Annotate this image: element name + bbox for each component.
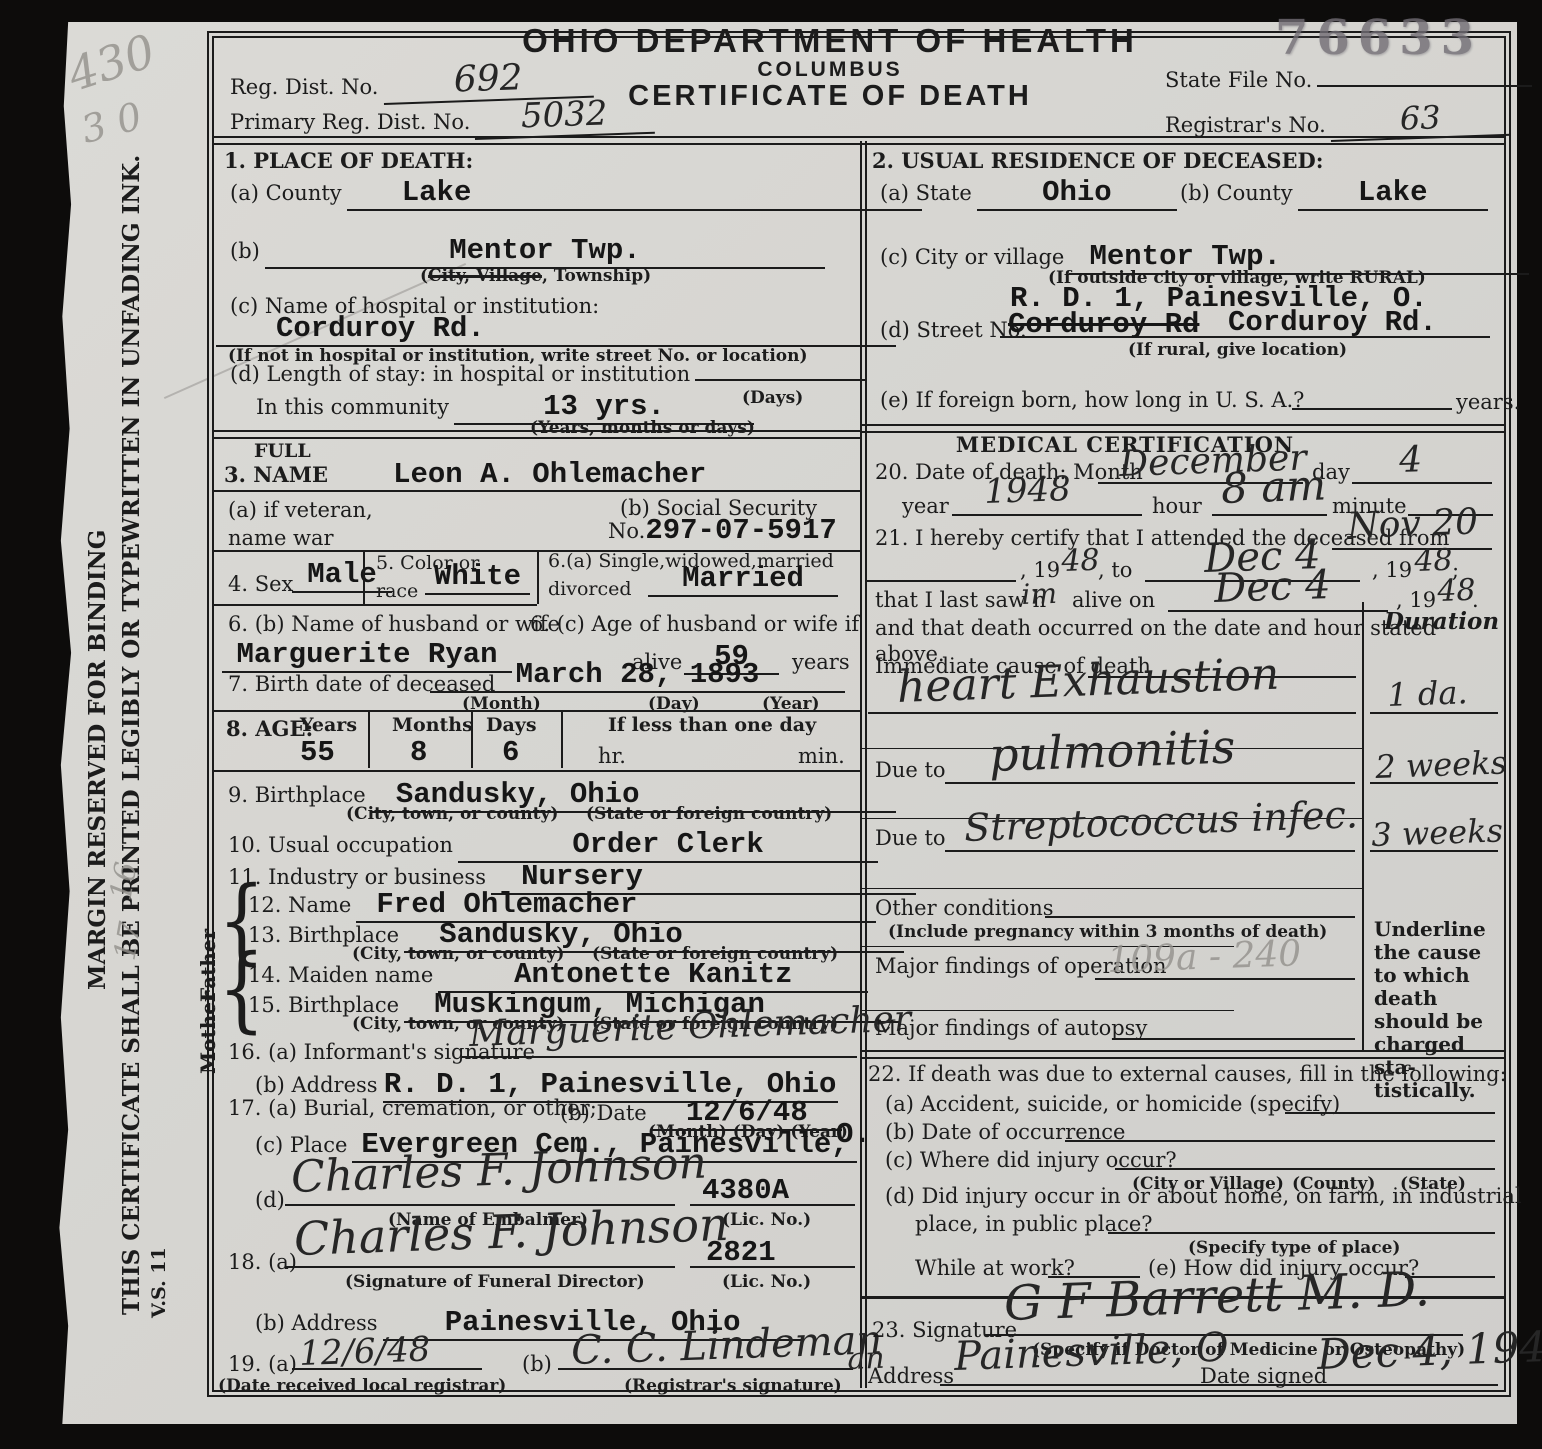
rule bbox=[940, 1384, 1498, 1386]
marital-label2: divorced bbox=[548, 578, 632, 600]
place-b-label: (b) bbox=[230, 239, 260, 263]
age-min-label: min. bbox=[798, 744, 845, 768]
hospital-value: Corduroy Rd. bbox=[216, 312, 896, 347]
rule bbox=[945, 782, 1355, 784]
rule bbox=[945, 850, 1355, 852]
rule bbox=[862, 888, 1362, 889]
rule bbox=[285, 1266, 675, 1268]
physician-address-value: Painesville, O bbox=[953, 1324, 1229, 1380]
occupation-value: Order Clerk bbox=[458, 828, 878, 863]
age-hr-label: hr. bbox=[598, 744, 626, 768]
rule bbox=[212, 770, 860, 772]
rule bbox=[866, 580, 1016, 582]
caption-rest: , Township) bbox=[542, 266, 651, 286]
rule bbox=[462, 1056, 857, 1058]
mother-side-label: Mother bbox=[196, 954, 220, 1074]
rule bbox=[471, 710, 473, 768]
place-township-row: (b) Mentor Twp. bbox=[230, 234, 825, 269]
birthdate-wrap: March 28, 1893 bbox=[430, 658, 845, 693]
rule bbox=[952, 514, 1142, 516]
rule bbox=[212, 604, 537, 606]
foreign-born-label: (e) If foreign born, how long in U. S. A… bbox=[880, 388, 1304, 412]
race-value: White bbox=[425, 560, 530, 595]
rule bbox=[1332, 548, 1492, 550]
community-label: In this community bbox=[256, 395, 449, 419]
residence-county-label: (b) County bbox=[1180, 181, 1293, 205]
mother-name-label: 14. Maiden name bbox=[248, 963, 433, 987]
embalmer-d-label: (d) bbox=[255, 1188, 285, 1212]
funeral-director-license-caption: (Lic. No.) bbox=[722, 1272, 811, 1292]
pencil-mark: 16 bbox=[104, 859, 145, 903]
state-file-row: State File No. bbox=[1165, 68, 1532, 92]
rule bbox=[862, 1010, 1234, 1011]
section1-heading: 1. PLACE OF DEATH: bbox=[224, 148, 473, 173]
primary-reg-dist-label: Primary Reg. Dist. No. bbox=[230, 110, 470, 134]
death-hour-label: hour bbox=[1152, 494, 1202, 518]
spouse-age-label: 6. (c) Age of husband or wife if bbox=[530, 612, 859, 636]
rule bbox=[1212, 514, 1327, 516]
margin-vs-number: V.S. 11 bbox=[148, 1228, 170, 1318]
rule bbox=[868, 712, 1356, 714]
last-saw-value: Dec 4 bbox=[1213, 562, 1331, 612]
residence-state-value: Ohio bbox=[977, 176, 1177, 211]
informant-address-label: (b) Address bbox=[255, 1073, 378, 1097]
street-label: (d) Street No. bbox=[880, 318, 1027, 342]
ssn-value: 297-07-5917 bbox=[645, 514, 836, 547]
injury-place-caption: (Specify type of place) bbox=[1188, 1238, 1400, 1258]
death-year-value: 1948 bbox=[984, 469, 1072, 512]
state-file-label: State File No. bbox=[1165, 68, 1312, 92]
alive-on-label: alive on bbox=[1072, 588, 1155, 612]
received-date-value: 12/6/48 bbox=[299, 1329, 431, 1374]
rule bbox=[1115, 1168, 1495, 1170]
age-col-less: If less than one day bbox=[608, 714, 816, 736]
duration-divider bbox=[1362, 602, 1364, 1052]
occupation-row: 10. Usual occupation Order Clerk bbox=[228, 828, 878, 863]
funeral-director-label: 18. (a) bbox=[228, 1250, 297, 1274]
burial-place-overflow: O. bbox=[836, 1118, 871, 1151]
due2-label: Due to bbox=[875, 826, 946, 850]
ssn-row: No.297-07-5917 bbox=[608, 514, 837, 547]
rule bbox=[363, 552, 365, 604]
age-months-value: 8 bbox=[410, 736, 427, 769]
other-conditions-label: Other conditions bbox=[875, 896, 1054, 920]
rule bbox=[1285, 1112, 1495, 1114]
rule bbox=[1045, 916, 1355, 918]
injury-home-label1: (d) Did injury occur in or about home, o… bbox=[885, 1184, 1522, 1208]
birthdate-value: March 28, 1893 bbox=[430, 658, 845, 693]
autopsy-label: Major findings of autopsy bbox=[875, 1016, 1147, 1040]
race-label2: race bbox=[376, 580, 418, 602]
death-year-label: year bbox=[902, 494, 949, 518]
spouse-label: 6. (b) Name of husband or wife bbox=[228, 612, 560, 636]
death-day-value: 4 bbox=[1399, 439, 1423, 481]
reg-dist-label: Reg. Dist. No. bbox=[230, 75, 378, 99]
rule bbox=[1108, 1232, 1495, 1234]
registrar-sig-caption: (Registrar's signature) bbox=[624, 1376, 842, 1396]
caption-struck: City, Village bbox=[428, 266, 542, 286]
received-caption: (Date received local registrar) bbox=[218, 1376, 506, 1396]
residence-county-value: Lake bbox=[1298, 176, 1488, 211]
residence-county-row: (b) County Lake bbox=[1180, 176, 1488, 211]
residence-state-row: (a) State Ohio bbox=[880, 176, 1177, 211]
age-col-months: Months bbox=[392, 714, 473, 736]
marital-value: Married bbox=[648, 562, 838, 597]
immediate-cause-duration: 1 da. bbox=[1387, 673, 1469, 714]
birthplace-caption1: (City, town, or county) bbox=[346, 804, 558, 824]
ssn-no-label: No. bbox=[608, 519, 645, 543]
department-title: OHIO DEPARTMENT OF HEALTH bbox=[400, 22, 1260, 60]
veteran-label: (a) if veteran, bbox=[228, 498, 373, 522]
burial-date-label: (b) Date bbox=[560, 1101, 647, 1125]
stay-row: (d) Length of stay: in hospital or insti… bbox=[230, 362, 865, 386]
name-label: 3. NAME bbox=[224, 462, 328, 487]
burial-label: 17. (a) Burial, cremation, or other; bbox=[228, 1096, 597, 1120]
pencil-mark: 17 bbox=[108, 919, 149, 963]
age-days-value: 6 bbox=[502, 736, 519, 769]
registrar-no-label: Registrar's No. bbox=[1165, 113, 1326, 137]
place-township-value: Mentor Twp. bbox=[265, 234, 825, 269]
due2-duration: 3 weeks bbox=[1371, 811, 1504, 854]
medical-divider bbox=[862, 1050, 1505, 1059]
name-war-label: name war bbox=[228, 526, 334, 550]
external-causes-heading: 22. If death was due to external causes,… bbox=[868, 1062, 1507, 1086]
rule bbox=[1065, 1140, 1495, 1142]
to-label: , to bbox=[1098, 558, 1132, 582]
place-county-row: (a) County Lake bbox=[230, 176, 922, 211]
rule bbox=[212, 490, 860, 492]
age-col-days: Days bbox=[486, 714, 537, 736]
residence-state-label: (a) State bbox=[880, 181, 972, 205]
marital-value-wrap: Married bbox=[648, 562, 838, 597]
age-years-value: 55 bbox=[300, 736, 335, 769]
occupation-label: 10. Usual occupation bbox=[228, 833, 453, 857]
margin-binding-note: MARGIN RESERVED FOR BINDING bbox=[84, 430, 111, 990]
funeral-director-caption: (Signature of Funeral Director) bbox=[345, 1272, 645, 1292]
foreign-born-suffix: years. bbox=[1456, 390, 1520, 414]
hospital-row: Corduroy Rd. bbox=[216, 312, 896, 347]
caption-open: ( bbox=[420, 266, 428, 286]
operation-value: 109a - 240 bbox=[1107, 933, 1302, 981]
section2-heading: 2. USUAL RESIDENCE OF DECEASED: bbox=[872, 148, 1324, 173]
industry-label: 11. Industry or business bbox=[228, 865, 486, 889]
funeral-director-license: 2821 bbox=[706, 1236, 776, 1269]
header-divider bbox=[212, 136, 1504, 145]
due1-value: pulmonitis bbox=[988, 719, 1236, 782]
embalmer-license-caption: (Lic. No.) bbox=[722, 1210, 811, 1230]
due1-duration: 2 weeks bbox=[1375, 743, 1508, 786]
rule bbox=[537, 552, 539, 604]
residence-city-label: (c) City or village bbox=[880, 245, 1064, 269]
stay-blank bbox=[695, 379, 865, 381]
rule bbox=[212, 710, 860, 712]
rule bbox=[368, 710, 370, 768]
due1-label: Due to bbox=[875, 758, 946, 782]
to-year-pre: , 19 bbox=[1372, 558, 1412, 582]
rule bbox=[561, 710, 563, 768]
date-signed-value: Dec 4, 1948 bbox=[1316, 1321, 1542, 1379]
accident-label: (a) Accident, suicide, or homicide (spec… bbox=[885, 1092, 1340, 1116]
received-label: 19. (a) bbox=[228, 1352, 297, 1376]
street-caption: (If rural, give location) bbox=[1128, 340, 1347, 360]
birthplace-caption2: (State or foreign country) bbox=[586, 804, 832, 824]
state-file-blank bbox=[1317, 85, 1532, 87]
father-name-label: 12. Name bbox=[248, 893, 351, 917]
registrar-sig-label: (b) bbox=[522, 1352, 552, 1376]
occurred-line1: and that death occurred on the date and … bbox=[875, 616, 1436, 640]
file-number-stamp: 76633 bbox=[1275, 10, 1482, 66]
street-struck-value: Corduroy Rd bbox=[1008, 308, 1199, 341]
death-hour-value: 8 am bbox=[1220, 460, 1327, 513]
name-row: 3. NAME Leon A. Ohlemacher bbox=[224, 458, 706, 491]
rule bbox=[1112, 1038, 1355, 1040]
margin-ink-note: THIS CERTIFICATE SHALL BE PRINTED LEGIBL… bbox=[118, 145, 145, 1315]
from-year-value: 48 bbox=[1061, 543, 1100, 579]
street-value: Corduroy Rd. bbox=[1228, 306, 1437, 339]
last-year-value: 48 bbox=[1437, 573, 1476, 609]
section1-divider bbox=[212, 430, 860, 439]
sex-label: 4. Sex bbox=[228, 572, 293, 596]
scanned-death-certificate: MARGIN RESERVED FOR BINDING THIS CERTIFI… bbox=[0, 0, 1542, 1449]
place-township-caption: (City, Village, Township) bbox=[420, 266, 651, 286]
rule bbox=[1352, 482, 1492, 484]
primary-reg-dist-row: Primary Reg. Dist. No. 5032 bbox=[230, 98, 655, 140]
attended-from-value: Nov 20 bbox=[1347, 501, 1479, 547]
duration-heading: Duration bbox=[1384, 608, 1499, 635]
primary-reg-dist-value: 5032 bbox=[474, 92, 655, 140]
place-county-value: Lake bbox=[347, 176, 922, 211]
age-col-years: Years bbox=[300, 714, 357, 736]
race-value-wrap: White bbox=[425, 560, 530, 595]
rule bbox=[1168, 610, 1388, 612]
place-county-label: (a) County bbox=[230, 181, 342, 205]
him-hand: im bbox=[1021, 577, 1058, 611]
rule bbox=[1292, 408, 1452, 410]
name-value: Leon A. Ohlemacher bbox=[393, 458, 706, 491]
stay-label: (d) Length of stay: in hospital or insti… bbox=[230, 362, 690, 386]
